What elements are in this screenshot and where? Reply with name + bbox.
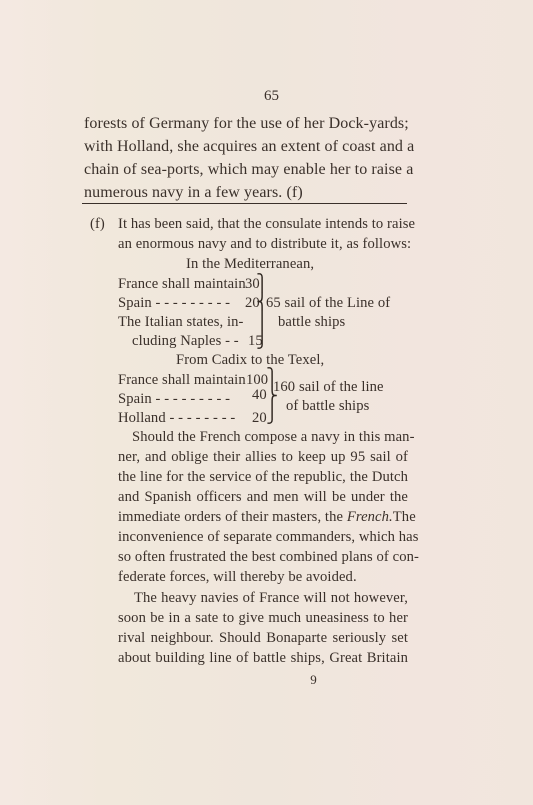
para2-line-3: rival neighbour. Should Bonaparte seriou…	[118, 628, 408, 648]
atl-row-spain-value: 40	[252, 385, 267, 405]
para1-line-1: Should the French compose a navy in this…	[132, 427, 408, 447]
para1-line-2: ner, and oblige their allies to keep up …	[118, 447, 408, 467]
med-total-line-2: battle ships	[278, 312, 345, 332]
page-number: 65	[0, 88, 533, 105]
para1-line-5-end: The	[393, 507, 416, 527]
para2-line-2: soon be in a sate to give much uneasines…	[118, 608, 408, 628]
para1-line-5-text: immediate orders of their masters, the	[118, 509, 343, 525]
med-brace-lower: ⎭	[256, 331, 268, 350]
med-row-naples-label: cluding Naples - -	[132, 331, 239, 351]
italic-french: French.	[347, 509, 393, 525]
atl-row-spain-label: Spain - - - - - - - - -	[118, 389, 230, 409]
footnote-divider-rule	[82, 203, 407, 204]
body-line-4: numerous navy in a few years. (f)	[84, 183, 303, 203]
atl-total-line-1: 160 sail of the line	[273, 377, 384, 397]
atl-brace-lower: ⎭	[266, 406, 278, 425]
mediterranean-heading: In the Mediterranean,	[186, 254, 314, 274]
para1-line-7: so often frustrated the best combined pl…	[118, 547, 408, 567]
footnote-marker: (f)	[90, 214, 105, 234]
para1-line-6: inconvenience of separate commanders, wh…	[118, 527, 408, 547]
para2-line-4: about building line of battle ships, Gre…	[118, 648, 408, 668]
footnote-intro-line-1: It has been said, that the consulate int…	[118, 214, 408, 234]
med-brace-lower-mid: ⎪	[256, 312, 268, 331]
med-row-france-label: France shall maintain	[118, 274, 246, 294]
med-row-spain-label: Spain - - - - - - - - -	[118, 293, 230, 313]
footnote-intro-line-2: an enormous navy and to distribute it, a…	[118, 234, 408, 254]
atlantic-heading: From Cadix to the Texel,	[176, 350, 324, 370]
atl-row-holland-value: 20	[252, 408, 267, 428]
para1-line-5: immediate orders of their masters, the F…	[118, 507, 408, 527]
para1-line-8: federate forces, will thereby be avoided…	[118, 567, 357, 587]
book-page: 65 forests of Germany for the use of her…	[0, 0, 533, 805]
para1-line-3: the line for the service of the republic…	[118, 467, 408, 487]
body-line-3: chain of sea-ports, which may enable her…	[84, 160, 408, 180]
med-total-line-1: 65 sail of the Line of	[266, 293, 390, 313]
body-line-1: forests of Germany for the use of her Do…	[84, 114, 408, 134]
signature-mark: 9	[0, 672, 533, 688]
atl-total-line-2: of battle ships	[286, 396, 369, 416]
med-brace-upper: ⎫	[256, 274, 268, 293]
atl-row-holland-label: Holland - - - - - - - -	[118, 408, 235, 428]
body-line-2: with Holland, she acquires an extent of …	[84, 137, 408, 157]
para2-line-1: The heavy navies of France will not howe…	[134, 588, 408, 608]
atl-row-france-label: France shall maintain	[118, 370, 246, 390]
med-row-italy-label: The Italian states, in-	[118, 312, 244, 332]
para1-line-4: and Spanish officers and men will be und…	[118, 487, 408, 507]
